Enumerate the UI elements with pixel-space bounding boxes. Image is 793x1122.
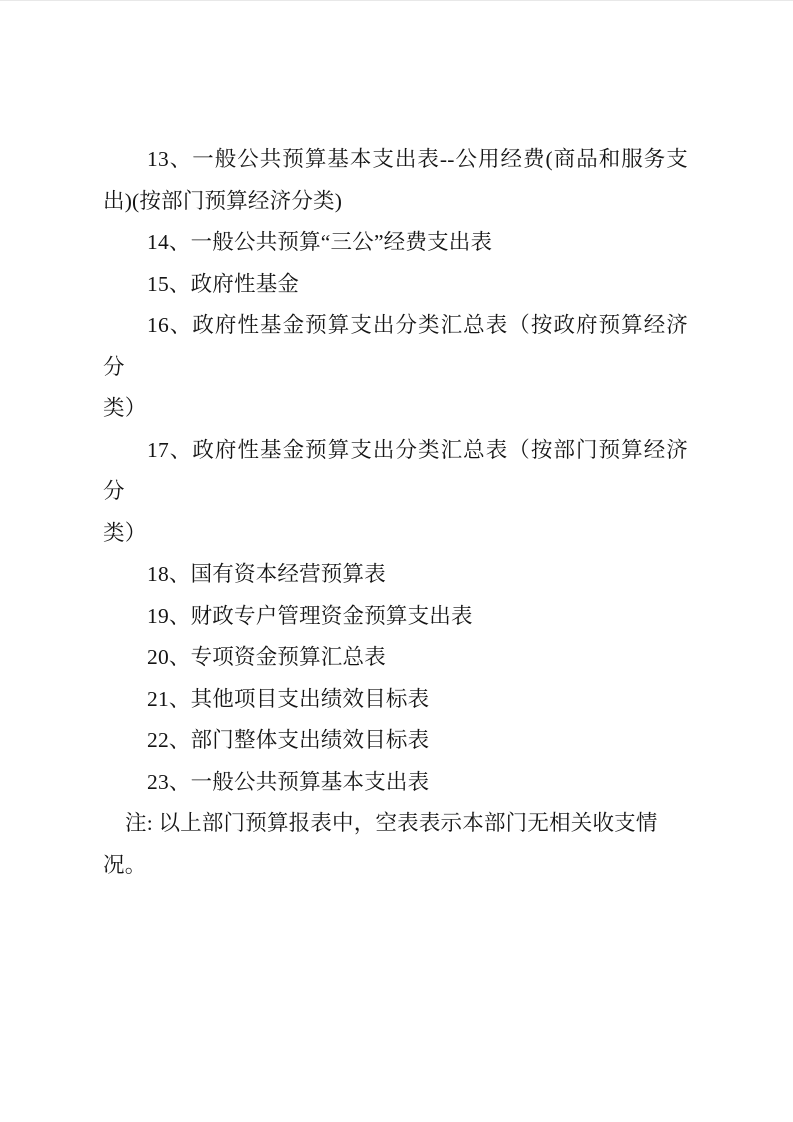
- item-22: 22、部门整体支出绩效目标表: [103, 720, 688, 762]
- item-15: 15、政府性基金: [103, 264, 688, 306]
- page-top-edge-line: [0, 0, 793, 1]
- item-13-line-2: 出)(按部门预算经济分类): [103, 181, 688, 223]
- item-14: 14、一般公共预算“三公”经费支出表: [103, 222, 688, 264]
- item-17-line-2: 类）: [103, 513, 688, 555]
- item-16-line-1: 16、政府性基金预算支出分类汇总表（按政府预算经济分: [103, 305, 688, 388]
- item-20: 20、专项资金预算汇总表: [103, 637, 688, 679]
- item-18: 18、国有资本经营预算表: [103, 554, 688, 596]
- item-16-line-2: 类）: [103, 388, 688, 430]
- item-21: 21、其他项目支出绩效目标表: [103, 679, 688, 721]
- item-13-line-1: 13、一般公共预算基本支出表--公用经费(商品和服务支: [103, 139, 688, 181]
- document-body: 13、一般公共预算基本支出表--公用经费(商品和服务支 出)(按部门预算经济分类…: [103, 139, 688, 886]
- item-17-line-1: 17、政府性基金预算支出分类汇总表（按部门预算经济分: [103, 430, 688, 513]
- note-line: 注: 以上部门预算报表中，空表表示本部门无相关收支情况。: [103, 803, 688, 886]
- item-23: 23、一般公共预算基本支出表: [103, 762, 688, 804]
- item-19: 19、财政专户管理资金预算支出表: [103, 596, 688, 638]
